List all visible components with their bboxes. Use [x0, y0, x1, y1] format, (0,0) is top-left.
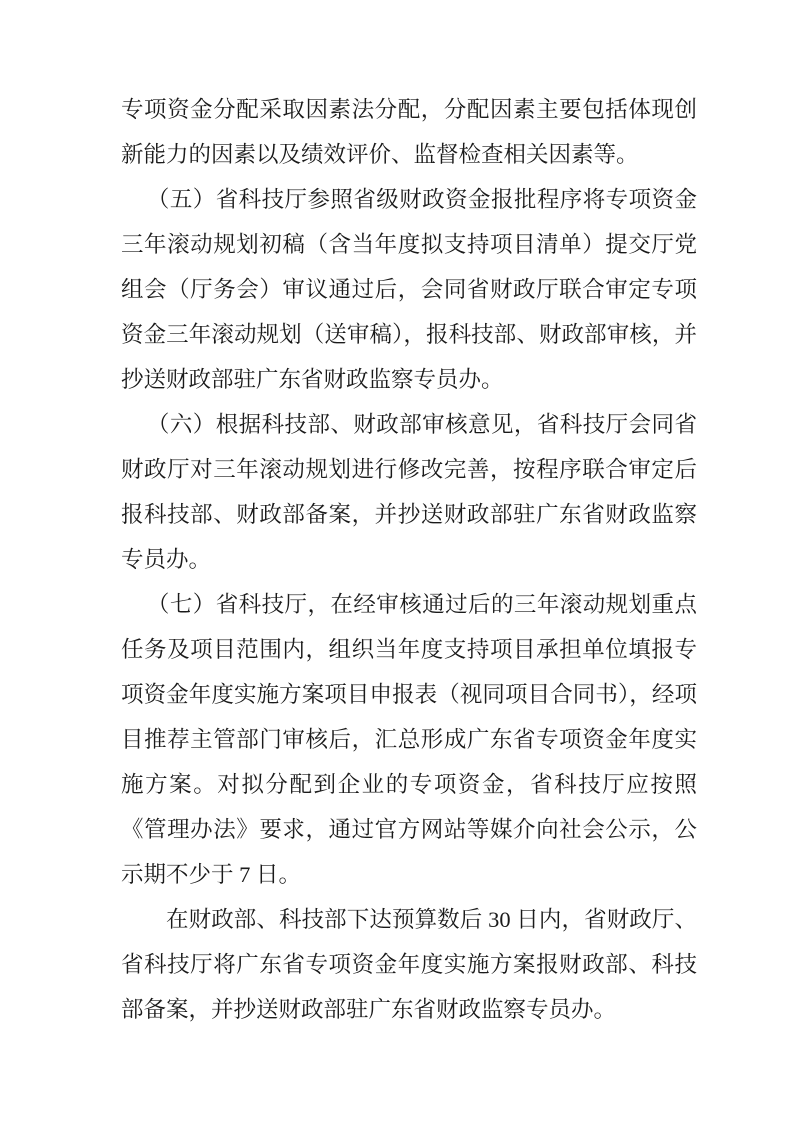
- paragraph-item-6-plan-revision-filing: （六）根据科技部、财政部审核意见，省科技厅会同省财政厅对三年滚动规划进行修改完善…: [121, 402, 697, 582]
- paragraph-item-7-annual-implementation-plan: （七）省科技厅，在经审核通过后的三年滚动规划重点任务及项目范围内，组织当年度支持…: [121, 582, 697, 897]
- paragraph-continuation-factor-allocation: 专项资金分配采取因素法分配，分配因素主要包括体现创新能力的因素以及绩效评价、监督…: [121, 87, 697, 177]
- document-page: 专项资金分配采取因素法分配，分配因素主要包括体现创新能力的因素以及绩效评价、监督…: [0, 0, 793, 1122]
- paragraph-budget-filing-deadline: 在财政部、科技部下达预算数后 30 日内，省财政厅、省科技厅将广东省专项资金年度…: [121, 897, 697, 1032]
- paragraph-item-5-rolling-plan-submission: （五）省科技厅参照省级财政资金报批程序将专项资金三年滚动规划初稿（含当年度拟支持…: [121, 177, 697, 402]
